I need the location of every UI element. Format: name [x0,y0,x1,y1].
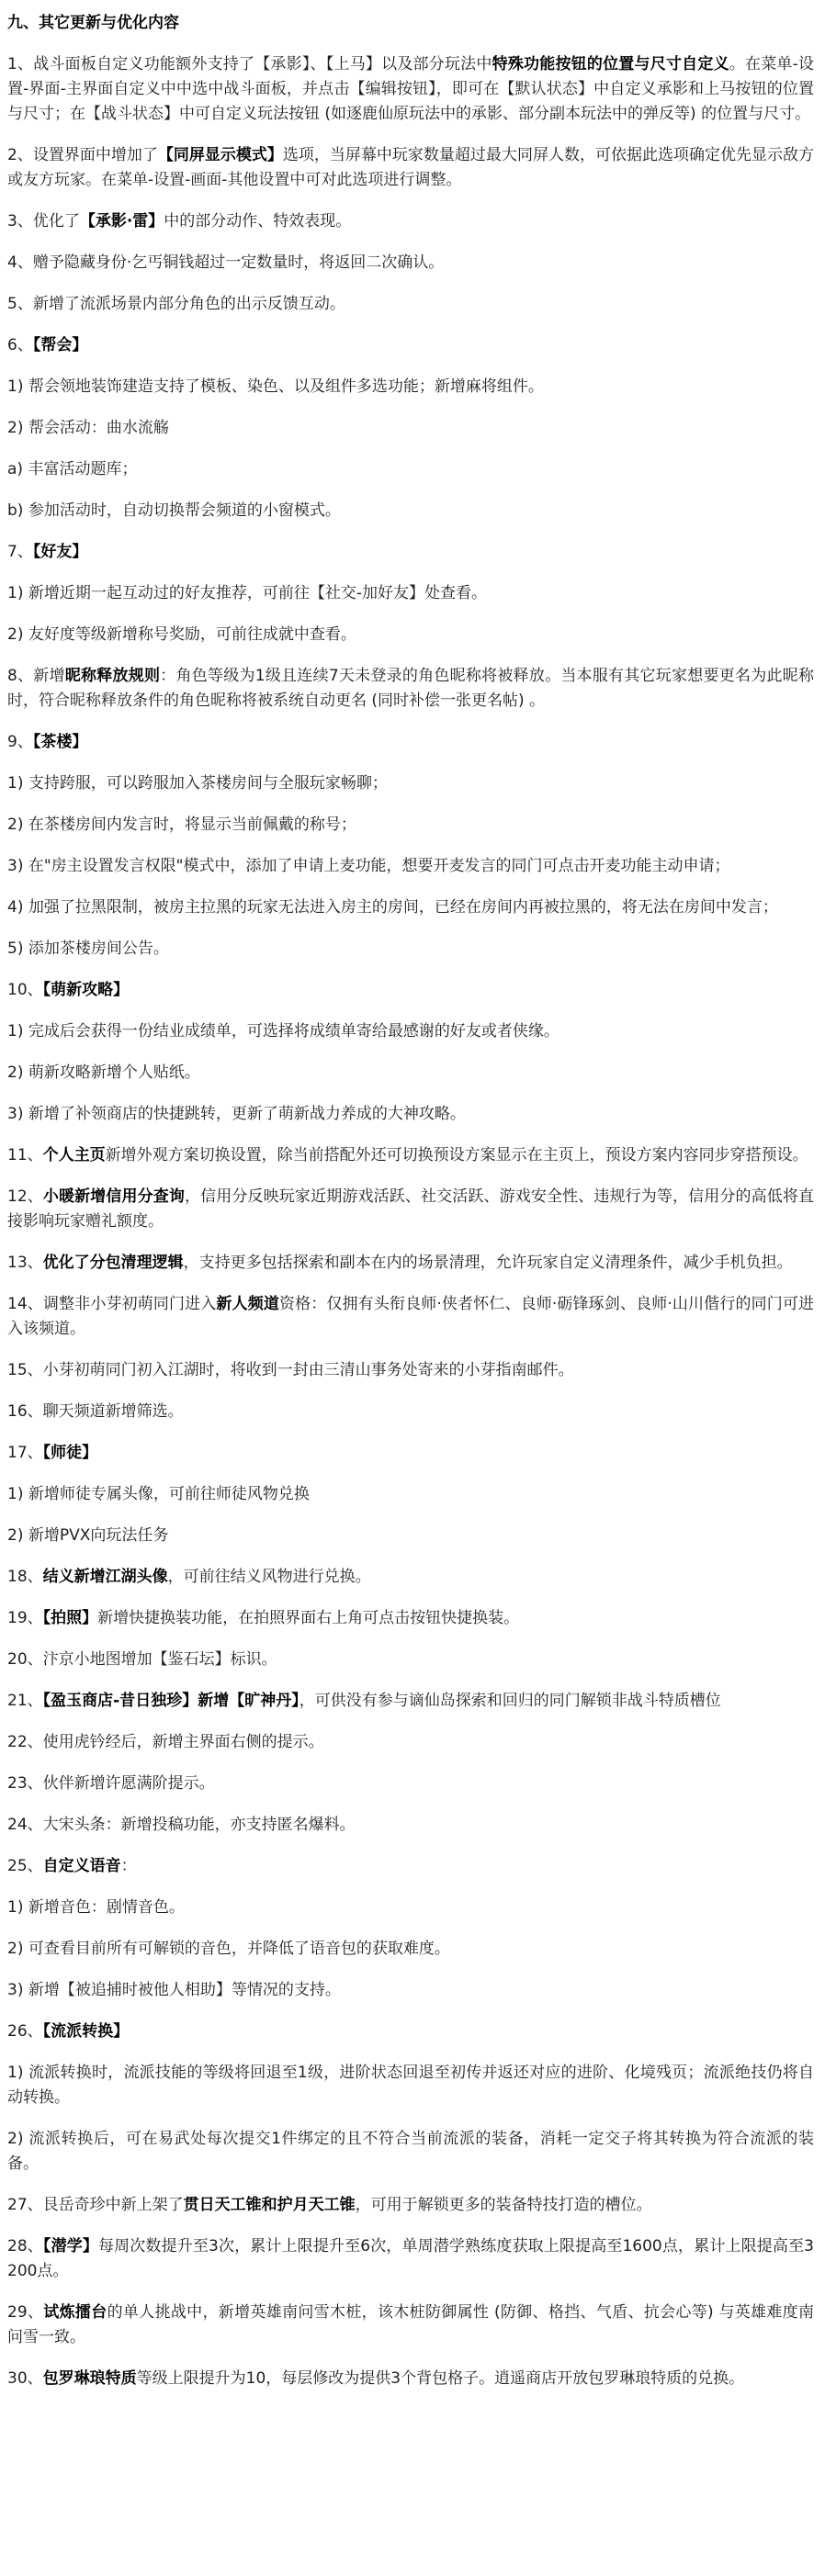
item-17: 17、【师徒】 [7,1441,814,1466]
text-run: 2) 流派转换后，可在易武处每次提交1件绑定的且不符合当前流派的装备，消耗一定交… [7,2130,814,2173]
item-7-sub-2: 2) 友好度等级新增称号奖励，可前往成就中查看。 [7,623,814,647]
item-27: 27、艮岳奇珍中新上架了贯日天工锥和护月天工锥，可用于解锁更多的装备特技打造的槽… [7,2193,814,2218]
highlighted-text: 结义新增江湖头像 [43,1568,168,1586]
item-25: 25、自定义语音： [7,1854,814,1879]
text-run: ，可供没有参与谪仙岛探索和回归的同门解锁非战斗特质槽位 [299,1692,721,1710]
item-10-sub-3: 3) 新增了补领商店的快捷跳转，更新了萌新战力养成的大神攻略。 [7,1102,814,1127]
text-run: 2) 可查看目前所有可解锁的音色，并降低了语音包的获取难度。 [7,1940,450,1958]
item-29: 29、试炼擂台的单人挑战中，新增英雄南问雪木桩，该木桩防御属性 (防御、格挡、气… [7,2300,814,2350]
item-17-sub-1: 1) 新增师徒专属头像，可前往师徒风物兑换 [7,1482,814,1507]
text-run: 23、伙伴新增许愿满阶提示。 [7,1774,215,1793]
text-run: 2) 在茶楼房间内发言时，将显示当前佩戴的称号； [7,816,356,834]
text-run: 1) 新增近期一起互动过的好友推荐，可前往【社交-加好友】处查看。 [7,584,487,602]
text-run: 6、 [7,336,33,354]
highlighted-text: 【潜学】 [43,2237,98,2255]
item-12: 12、小暖新增信用分查询，信用分反映玩家近期游戏活跃、社交活跃、游戏安全性、违规… [7,1185,814,1234]
text-run: 的单人挑战中，新增英雄南问雪木桩，该木桩防御属性 (防御、格挡、气盾、抗会心等)… [7,2303,814,2346]
item-4: 4、赠予隐藏身份·乞丐铜钱超过一定数量时，将返回二次确认。 [7,251,814,276]
item-10-sub-1: 1) 完成后会获得一份结业成绩单，可选择将成绩单寄给最感谢的好友或者侠缘。 [7,1019,814,1044]
text-run: ，可用于解锁更多的装备特技打造的槽位。 [356,2196,652,2214]
item-11: 11、个人主页新增外观方案切换设置，除当前搭配外还可切换预设方案显示在主页上，预… [7,1143,814,1168]
item-6-sub-1: 1) 帮会领地装饰建造支持了模板、染色、以及组件多选功能；新增麻将组件。 [7,375,814,399]
item-6: 6、【帮会】 [7,333,814,358]
text-run: 13、 [7,1254,43,1272]
item-18: 18、结义新增江湖头像，可前往结义风物进行兑换。 [7,1565,814,1590]
text-run: 28、 [7,2237,43,2255]
text-run: b) 参加活动时，自动切换帮会频道的小窗模式。 [7,501,341,520]
text-run: 20、汴京小地图增加【鉴石坛】标识。 [7,1650,277,1669]
text-run: 1) 完成后会获得一份结业成绩单，可选择将成绩单寄给最感谢的好友或者侠缘。 [7,1022,559,1041]
text-run: ，支持更多包括探索和副本在内的场景清理，允许玩家自定义清理条件，减少手机负担。 [184,1254,793,1272]
text-run: 2、设置界面中增加了 [7,146,158,164]
item-9-sub-5: 5) 添加茶楼房间公告。 [7,937,814,962]
item-28: 28、【潜学】每周次数提升至3次，累计上限提升至6次，单周潜学熟练度获取上限提高… [7,2234,814,2284]
text-run: 3) 新增【被追捕时被他人相助】等情况的支持。 [7,1981,341,1999]
text-run: 3、优化了 [7,212,80,231]
highlighted-text: 昵称释放规则 [65,667,160,685]
text-run: 2) 萌新攻略新增个人贴纸。 [7,1063,200,1082]
text-run: 29、 [7,2303,43,2322]
item-26: 26、【流派转换】 [7,2019,814,2044]
highlighted-text: 【帮会】 [33,336,88,354]
highlighted-text: 新人频道 [216,1295,279,1313]
highlighted-text: 试炼擂台 [43,2303,107,2322]
text-run: 5) 添加茶楼房间公告。 [7,939,169,958]
text-run: 2) 帮会活动：曲水流觞 [7,419,169,437]
item-23: 23、伙伴新增许愿满阶提示。 [7,1772,814,1796]
item-8: 8、新增昵称释放规则：角色等级为1级且连续7天未登录的角色昵称将被释放。当本服有… [7,664,814,714]
item-1: 1、战斗面板自定义功能额外支持了【承影】、【上马】以及部分玩法中特殊功能按钮的位… [7,52,814,127]
text-run: 1) 支持跨服，可以跨服加入茶楼房间与全服玩家畅聊； [7,774,388,793]
item-7-sub-1: 1) 新增近期一起互动过的好友推荐，可前往【社交-加好友】处查看。 [7,581,814,606]
text-run: 每周次数提升至3次，累计上限提升至6次，单周潜学熟练度获取上限提高至1600点，… [7,2237,814,2280]
highlighted-text: 个人主页 [43,1146,106,1164]
item-25-sub-1: 1) 新增音色：剧情音色。 [7,1895,814,1920]
highlighted-text: 小暖新增信用分查询 [43,1187,185,1206]
text-run: ，可前往结义风物进行兑换。 [168,1568,371,1586]
text-run: 3) 在"房主设置发言权限"模式中，添加了申请上麦功能，想要开麦发言的同门可点击… [7,857,730,875]
item-9-sub-4: 4) 加强了拉黑限制，被房主拉黑的玩家无法进入房主的房间，已经在房间内再被拉黑的… [7,895,814,920]
item-25-sub-3: 3) 新增【被追捕时被他人相助】等情况的支持。 [7,1978,814,2003]
highlighted-text: 【萌新攻略】 [43,981,130,999]
highlighted-text: 【同屏显示模式】 [158,146,283,164]
item-15: 15、小芽初萌同门初入江湖时，将收到一封由三清山事务处寄来的小芽指南邮件。 [7,1358,814,1383]
item-9-sub-1: 1) 支持跨服，可以跨服加入茶楼房间与全服玩家畅聊； [7,771,814,796]
text-run: 7、 [7,543,33,561]
item-14: 14、调整非小芽初萌同门进入新人频道资格：仅拥有头衔良师·侠者怀仁、良师·砺锋琢… [7,1292,814,1342]
text-run: 新增快捷换装功能，在拍照界面右上角可点击按钮快捷换装。 [97,1609,519,1627]
text-run: 27、艮岳奇珍中新上架了 [7,2196,184,2214]
item-3: 3、优化了【承影·雷】中的部分动作、特效表现。 [7,209,814,234]
item-9: 9、【茶楼】 [7,730,814,755]
item-6-sub-b: b) 参加活动时，自动切换帮会频道的小窗模式。 [7,499,814,523]
highlighted-text: 【流派转换】 [43,2022,130,2041]
highlighted-text: 优化了分包清理逻辑 [43,1254,184,1272]
text-run: 30、 [7,2369,43,2388]
item-10-sub-2: 2) 萌新攻略新增个人贴纸。 [7,1061,814,1086]
item-25-sub-2: 2) 可查看目前所有可解锁的音色，并降低了语音包的获取难度。 [7,1937,814,1962]
update-items-list: 1、战斗面板自定义功能额外支持了【承影】、【上马】以及部分玩法中特殊功能按钮的位… [7,52,814,2391]
text-run: 14、调整非小芽初萌同门进入 [7,1295,216,1313]
text-run: 25、 [7,1857,43,1875]
highlighted-text: 【盈玉商店-昔日独珍】新增【旷神丹】 [43,1692,299,1710]
text-run: a) 丰富活动题库； [7,460,137,478]
item-21: 21、【盈玉商店-昔日独珍】新增【旷神丹】，可供没有参与谪仙岛探索和回归的同门解… [7,1689,814,1714]
item-20: 20、汴京小地图增加【鉴石坛】标识。 [7,1648,814,1672]
highlighted-text: 【好友】 [33,543,88,561]
text-run: 18、 [7,1568,43,1586]
text-run: 12、 [7,1187,43,1206]
text-run: 10、 [7,981,43,999]
item-13: 13、优化了分包清理逻辑，支持更多包括探索和副本在内的场景清理，允许玩家自定义清… [7,1251,814,1276]
text-run: 2) 新增PVX向玩法任务 [7,1526,168,1545]
highlighted-text: 贯日天工锥和护月天工锥 [184,2196,356,2214]
item-30: 30、包罗琳琅特质等级上限提升为10，每层修改为提供3个背包格子。逍遥商店开放包… [7,2367,814,2391]
text-run: 26、 [7,2022,43,2041]
text-run: 21、 [7,1692,43,1710]
text-run: 11、 [7,1146,43,1164]
text-run: 22、使用虎钤经后，新增主界面右侧的提示。 [7,1733,324,1751]
text-run: 1) 流派转换时，流派技能的等级将回退至1级，进阶状态回退至初传并返还对应的进阶… [7,2064,814,2107]
item-26-sub-2: 2) 流派转换后，可在易武处每次提交1件绑定的且不符合当前流派的装备，消耗一定交… [7,2127,814,2177]
text-run: 8、新增 [7,667,65,685]
patch-notes-document: 九、其它更新与优化内容 1、战斗面板自定义功能额外支持了【承影】、【上马】以及部… [0,0,825,2406]
item-5: 5、新增了流派场景内部分角色的出示反馈互动。 [7,292,814,317]
item-16: 16、聊天频道新增筛选。 [7,1400,814,1424]
text-run: 等级上限提升为10，每层修改为提供3个背包格子。逍遥商店开放包罗琳琅特质的兑换。 [137,2369,744,2388]
text-run: 19、 [7,1609,43,1627]
text-run: 15、小芽初萌同门初入江湖时，将收到一封由三清山事务处寄来的小芽指南邮件。 [7,1361,574,1379]
item-9-sub-3: 3) 在"房主设置发言权限"模式中，添加了申请上麦功能，想要开麦发言的同门可点击… [7,854,814,879]
text-run: 新增外观方案切换设置，除当前搭配外还可切换预设方案显示在主页上，预设方案内容同步… [106,1146,808,1164]
text-run: 1) 新增师徒专属头像，可前往师徒风物兑换 [7,1485,310,1503]
highlighted-text: 【师徒】 [43,1444,98,1462]
item-6-sub-2: 2) 帮会活动：曲水流觞 [7,416,814,441]
text-run: 9、 [7,733,33,751]
highlighted-text: 包罗琳琅特质 [43,2369,137,2388]
text-run: ： [121,1857,137,1875]
text-run: 3) 新增了补领商店的快捷跳转，更新了萌新战力养成的大神攻略。 [7,1105,466,1123]
text-run: 2) 友好度等级新增称号奖励，可前往成就中查看。 [7,625,356,644]
item-22: 22、使用虎钤经后，新增主界面右侧的提示。 [7,1730,814,1755]
text-run: 4、赠予隐藏身份·乞丐铜钱超过一定数量时，将返回二次确认。 [7,253,444,272]
item-26-sub-1: 1) 流派转换时，流派技能的等级将回退至1级，进阶状态回退至初传并返还对应的进阶… [7,2061,814,2110]
text-run: 17、 [7,1444,43,1462]
text-run: 1) 新增音色：剧情音色。 [7,1898,185,1917]
item-6-sub-a: a) 丰富活动题库； [7,457,814,482]
text-run: 1、战斗面板自定义功能额外支持了【承影】、【上马】以及部分玩法中 [7,55,492,73]
item-10: 10、【萌新攻略】 [7,978,814,1003]
item-19: 19、【拍照】新增快捷换装功能，在拍照界面右上角可点击按钮快捷换装。 [7,1606,814,1631]
item-24: 24、大宋头条：新增投稿功能，亦支持匿名爆料。 [7,1813,814,1838]
text-run: 1) 帮会领地装饰建造支持了模板、染色、以及组件多选功能；新增麻将组件。 [7,377,544,396]
item-17-sub-2: 2) 新增PVX向玩法任务 [7,1524,814,1548]
highlighted-text: 【承影·雷】 [80,212,164,231]
text-run: 5、新增了流派场景内部分角色的出示反馈互动。 [7,295,345,313]
text-run: 16、聊天频道新增筛选。 [7,1402,184,1421]
item-9-sub-2: 2) 在茶楼房间内发言时，将显示当前佩戴的称号； [7,813,814,838]
text-run: 中的部分动作、特效表现。 [164,212,351,231]
section-heading: 九、其它更新与优化内容 [7,11,814,36]
item-7: 7、【好友】 [7,540,814,565]
highlighted-text: 特殊功能按钮的位置与尺寸自定义 [492,55,729,73]
highlighted-text: 自定义语音 [43,1857,121,1875]
highlighted-text: 【拍照】 [43,1609,98,1627]
item-2: 2、设置界面中增加了【同屏显示模式】选项，当屏幕中玩家数量超过最大同屏人数，可依… [7,143,814,193]
text-run: 4) 加强了拉黑限制，被房主拉黑的玩家无法进入房主的房间，已经在房间内再被拉黑的… [7,898,778,917]
highlighted-text: 【茶楼】 [33,733,88,751]
text-run: 24、大宋头条：新增投稿功能，亦支持匿名爆料。 [7,1816,356,1834]
